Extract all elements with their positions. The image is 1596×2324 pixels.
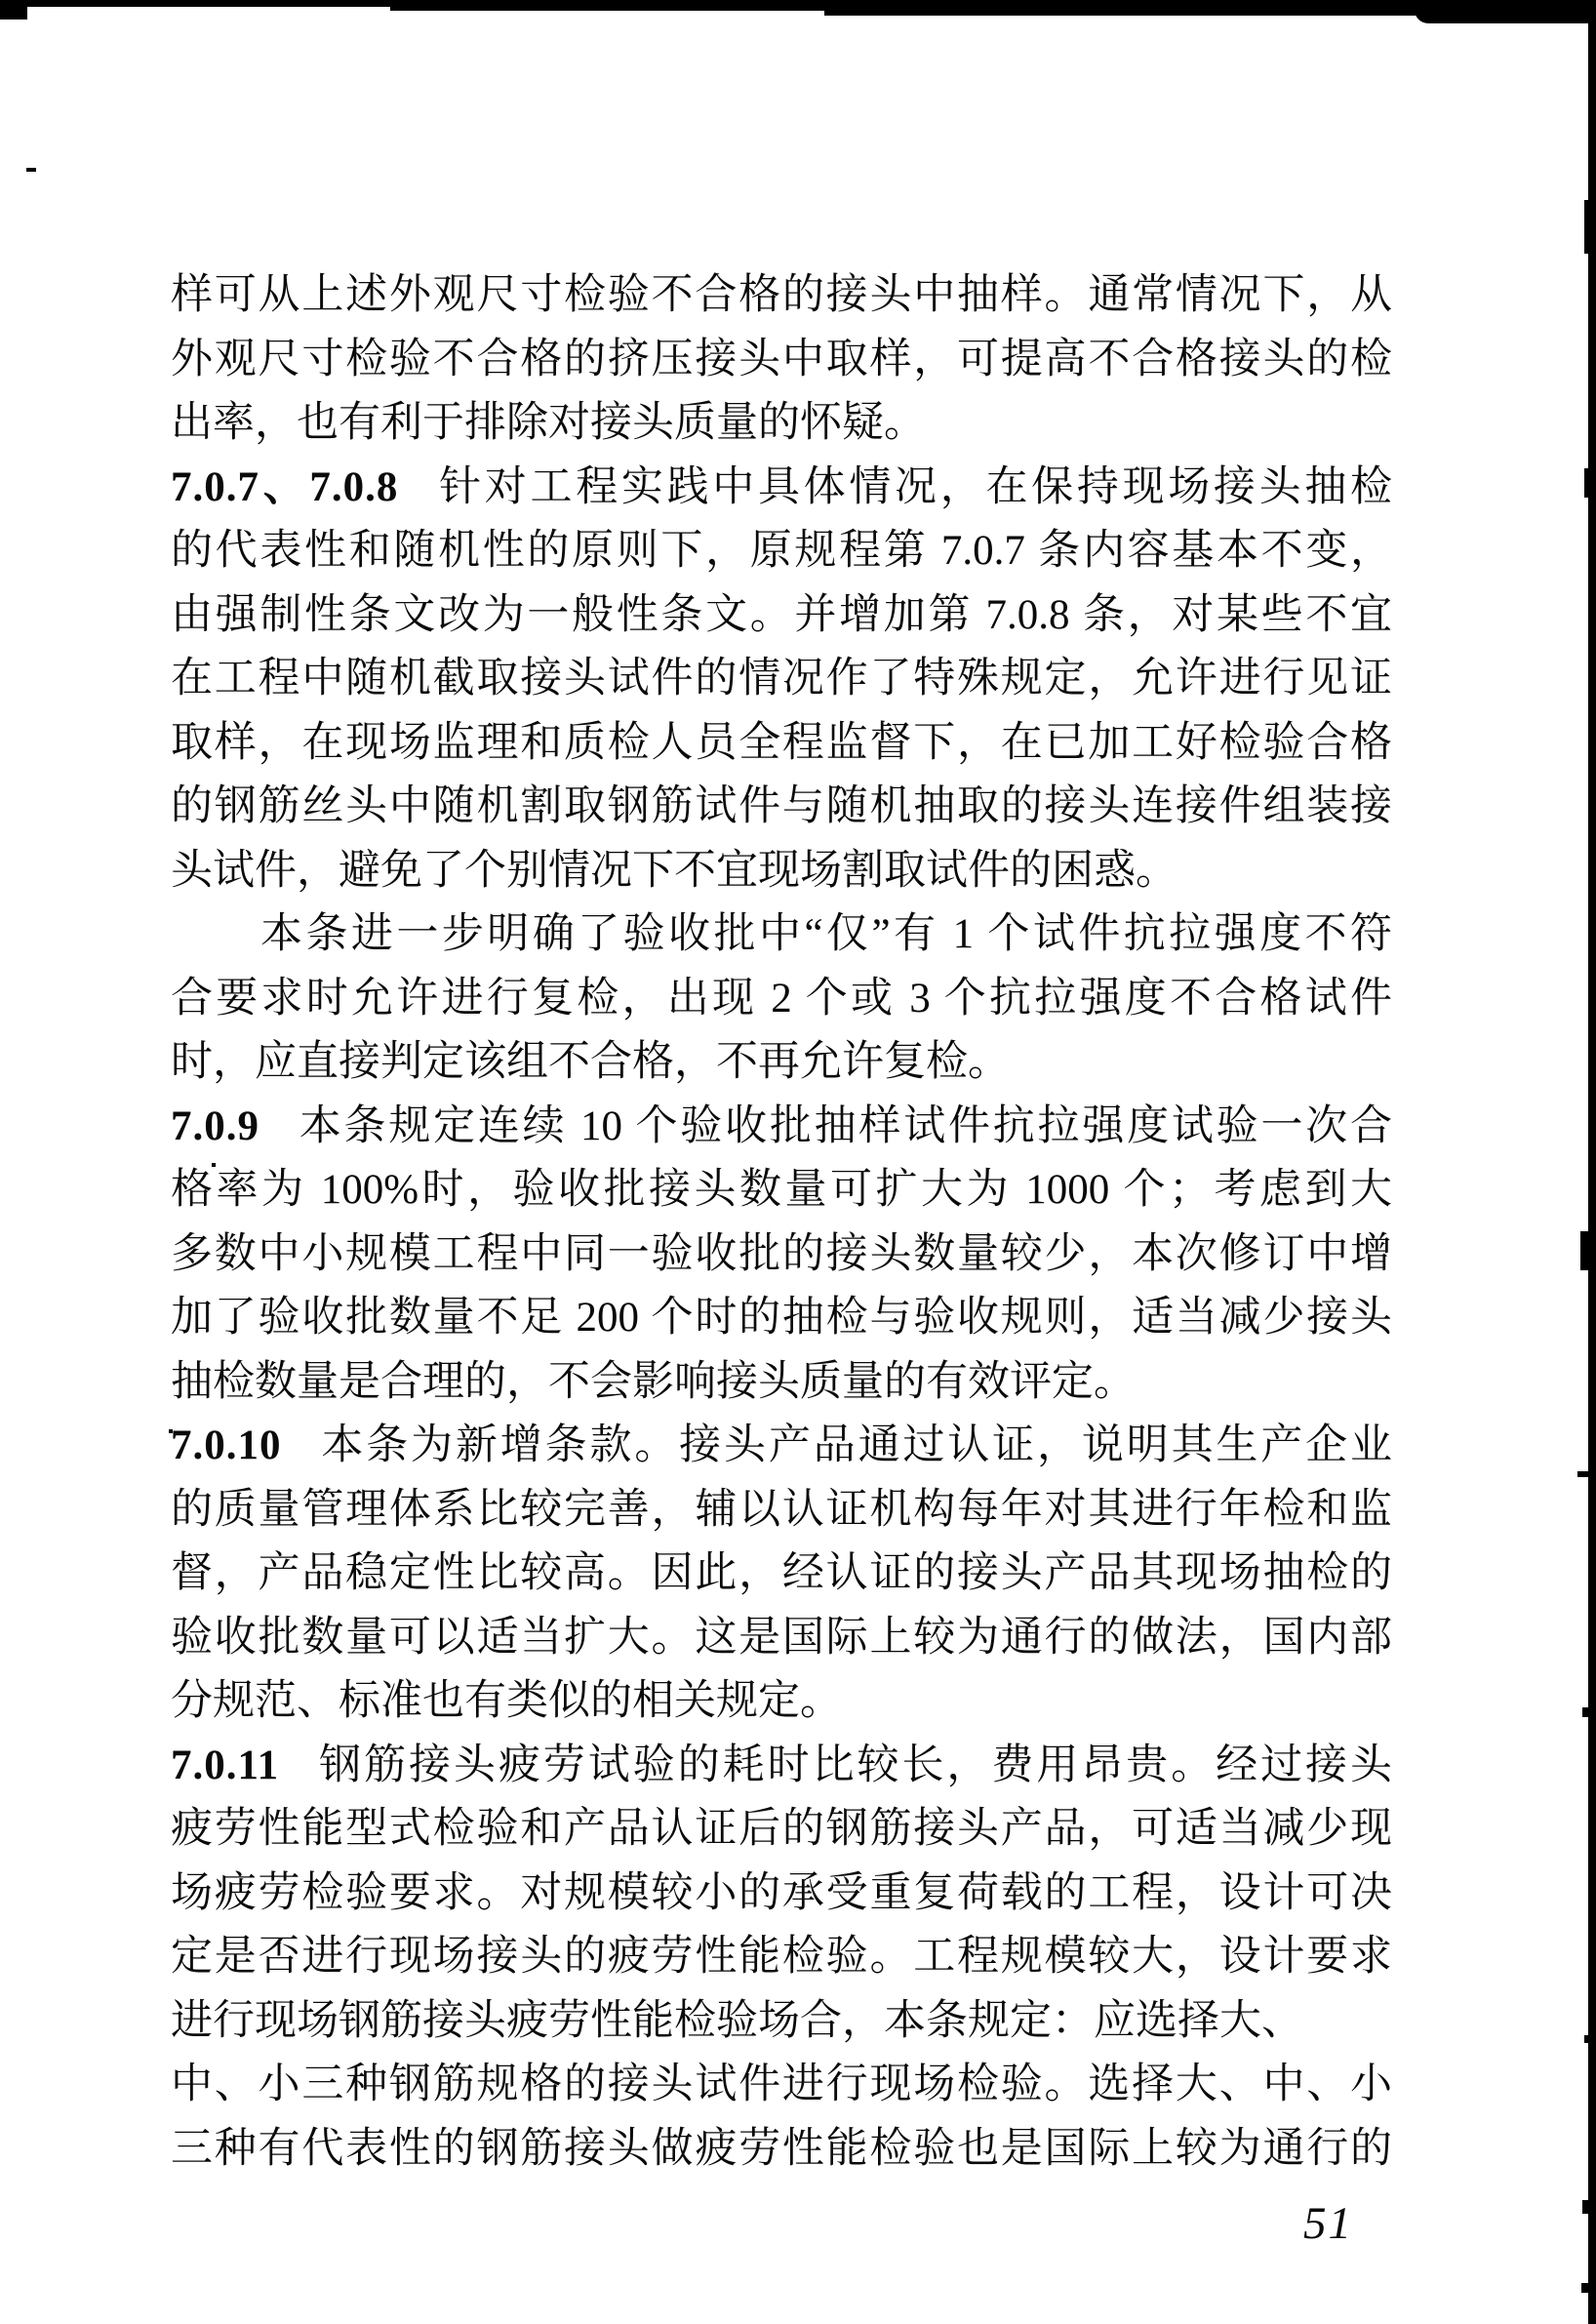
text-line: 外观尺寸检验不合格的挤压接头中取样，可提高不合格接头的检: [171, 328, 1392, 392]
scan-artifact-dot: [1581, 2283, 1588, 2293]
scan-artifact-dash: [26, 168, 36, 172]
text-line: 抽检数量是合理的，不会影响接头质量的有效评定。: [171, 1350, 1392, 1415]
scan-artifact-blob: [1580, 1231, 1590, 1270]
text-line: 样可从上述外观尺寸检验不合格的接头中抽样。通常情况下，从: [171, 263, 1392, 328]
text-line: 分规范、标准也有类似的相关规定。: [171, 1669, 1392, 1734]
text-line: 加了验收批数量不足 200 个时的抽检与验收规则，适当减少接头: [171, 1286, 1392, 1350]
text-line: 出率，也有利于排除对接头质量的怀疑。: [171, 391, 1392, 456]
scan-artifact-dash: [1584, 468, 1588, 498]
text-line: 的质量管理体系比较完善，辅以认证机构每年对其进行年检和监: [171, 1478, 1392, 1543]
scan-artifact-dash: [1584, 200, 1589, 254]
text-line: 多数中小规模工程中同一验收批的接头数量较少，本次修订中增: [171, 1222, 1392, 1287]
text-line: 7.0.9本条规定连续 10 个验收批抽样试件抗拉强度试验一次合: [171, 1095, 1392, 1159]
text-line: 疲劳性能型式检验和产品认证后的钢筋接头产品，可适当减少现: [171, 1797, 1392, 1862]
scan-artifact-dot: [1584, 2035, 1589, 2043]
scan-artifact-top-corner: [1415, 0, 1596, 23]
text-line: 时，应直接判定该组不合格，不再允许复检。: [171, 1030, 1392, 1095]
text-line: 格率为 100%时，验收批接头数量可扩大为 1000 个；考虑到大: [171, 1158, 1392, 1222]
text-line: 7.0.11钢筋接头疲劳试验的耗时比较长，费用昂贵。经过接头: [171, 1734, 1392, 1798]
scan-artifact-dot: [1582, 1707, 1588, 1717]
text-line: 定是否进行现场接头的疲劳性能检验。工程规模较大，设计要求: [171, 1925, 1392, 1989]
clause-number: 7.0.9: [171, 1103, 259, 1149]
clause-number: 7.0.11: [171, 1743, 279, 1788]
text-line: 验收批数量可以适当扩大。这是国际上较为通行的做法，国内部: [171, 1606, 1392, 1670]
text-line: 三种有代表性的钢筋接头做疲劳性能检验也是国际上较为通行的: [171, 2117, 1392, 2182]
clause-number: 7.0.7、7.0.8: [171, 464, 398, 510]
scan-artifact-dash: [1544, 9, 1554, 13]
text-line: 在工程中随机截取接头试件的情况作了特殊规定，允许进行见证: [171, 647, 1392, 711]
text-line: 中、小三种钢筋规格的接头试件进行现场检验。选择大、中、小: [171, 2053, 1392, 2117]
text-line: 由强制性条文改为一般性条文。并增加第 7.0.8 条，对某些不宜: [171, 583, 1392, 648]
text-line: 合要求时允许进行复检，出现 2 个或 3 个抗拉强度不合格试件: [171, 967, 1392, 1031]
text-line: 的代表性和随机性的原则下，原规程第 7.0.7 条内容基本不变，: [171, 519, 1392, 583]
text-line: 取样，在现场监理和质检人员全程监督下，在已加工好检验合格: [171, 711, 1392, 776]
scan-artifact-tick: [1577, 1471, 1590, 1477]
text-line: 7.0.10本条为新增条款。接头产品通过认证，说明其生产企业: [171, 1414, 1392, 1478]
text-line: 场疲劳检验要求。对规模较小的承受重复荷载的工程，设计可决: [171, 1862, 1392, 1926]
page-number: 51: [1303, 2197, 1353, 2250]
scan-artifact-right-bar: [1588, 0, 1596, 2324]
scan-artifact-top-corner: [0, 0, 27, 20]
text-line: 的钢筋丝头中随机割取钢筋试件与随机抽取的接头连接件组装接: [171, 775, 1392, 839]
text-line: 头试件，避免了个别情况下不宜现场割取试件的困惑。: [171, 839, 1392, 903]
text-line: 督，产品稳定性比较高。因此，经认证的接头产品其现场抽检的: [171, 1542, 1392, 1606]
text-line: 进行现场钢筋接头疲劳性能检验场合，本条规定：应选择大、: [171, 1989, 1392, 2054]
scan-artifact-dot: [1582, 2200, 1588, 2214]
body-text: 样可从上述外观尺寸检验不合格的接头中抽样。通常情况下，从外观尺寸检验不合格的挤压…: [171, 263, 1392, 2181]
text-line: 本条进一步明确了验收批中“仅”有 1 个试件抗拉强度不符: [171, 902, 1392, 967]
text-line: 7.0.7、7.0.8针对工程实践中具体情况，在保持现场接头抽检: [171, 456, 1392, 520]
document-page: 样可从上述外观尺寸检验不合格的接头中抽样。通常情况下，从外观尺寸检验不合格的挤压…: [0, 0, 1596, 2324]
clause-number: 7.0.10: [171, 1422, 282, 1468]
